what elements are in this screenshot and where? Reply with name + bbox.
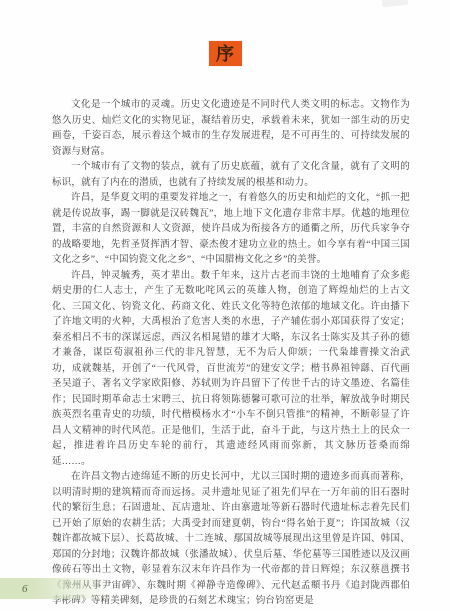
page-number-band: 6 — [0, 578, 112, 599]
preface-body-text: 文化是一个城市的灵魂。历史文化遗迹是不同时代人类文明的标志。文物作为悠久历史、灿… — [52, 98, 410, 610]
body-paragraph: 文化是一个城市的灵魂。历史文化遗迹是不同时代人类文明的标志。文物作为悠久历史、灿… — [52, 98, 410, 160]
body-paragraph: 许昌，是华夏文明的重要发祥地之一，有着悠久的历史和灿烂的文化，“抓一把就是传说故… — [52, 191, 410, 269]
body-paragraph: 一个城市有了文物的装点，就有了历史底蕴，就有了文化含量，就有了文明的标识，就有了… — [52, 160, 410, 191]
chapter-title-box: 序 — [209, 41, 242, 66]
chapter-title: 序 — [216, 45, 234, 63]
scan-artifact — [382, 0, 409, 7]
book-page: 序 文化是一个城市的灵魂。历史文化遗迹是不同时代人类文明的标志。文物作为悠久历史… — [0, 0, 450, 611]
page-number: 6 — [22, 583, 28, 595]
body-paragraph: 许昌，钟灵毓秀，英才辈出。数千年来，这片古老而丰饶的土地哺育了众多彪炳史册的仁人… — [52, 269, 410, 471]
